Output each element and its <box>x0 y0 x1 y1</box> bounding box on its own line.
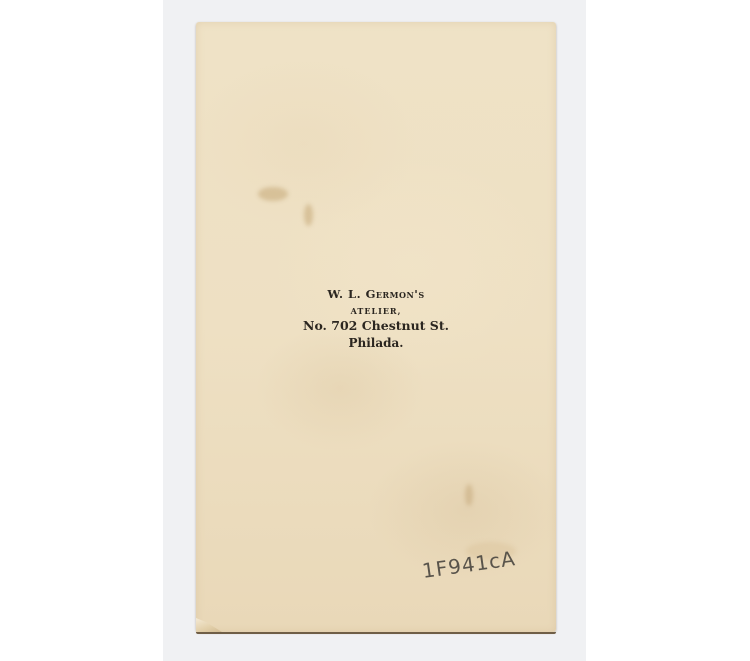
studio-type: ATELIER, <box>196 307 556 315</box>
stain-mark <box>304 204 313 226</box>
photographer-imprint: W. L. Germon's ATELIER, No. 702 Chestnut… <box>196 289 556 349</box>
studio-name: W. L. Germon's <box>196 289 556 301</box>
studio-address: No. 702 Chestnut St. <box>196 320 556 333</box>
handwritten-catalog-number: 1F941cA <box>421 546 518 583</box>
torn-corner <box>196 618 222 632</box>
photograph-card-back: W. L. Germon's ATELIER, No. 702 Chestnut… <box>196 22 556 632</box>
stain-mark <box>258 187 288 201</box>
studio-city: Philada. <box>196 337 556 349</box>
stain-mark <box>465 484 473 506</box>
